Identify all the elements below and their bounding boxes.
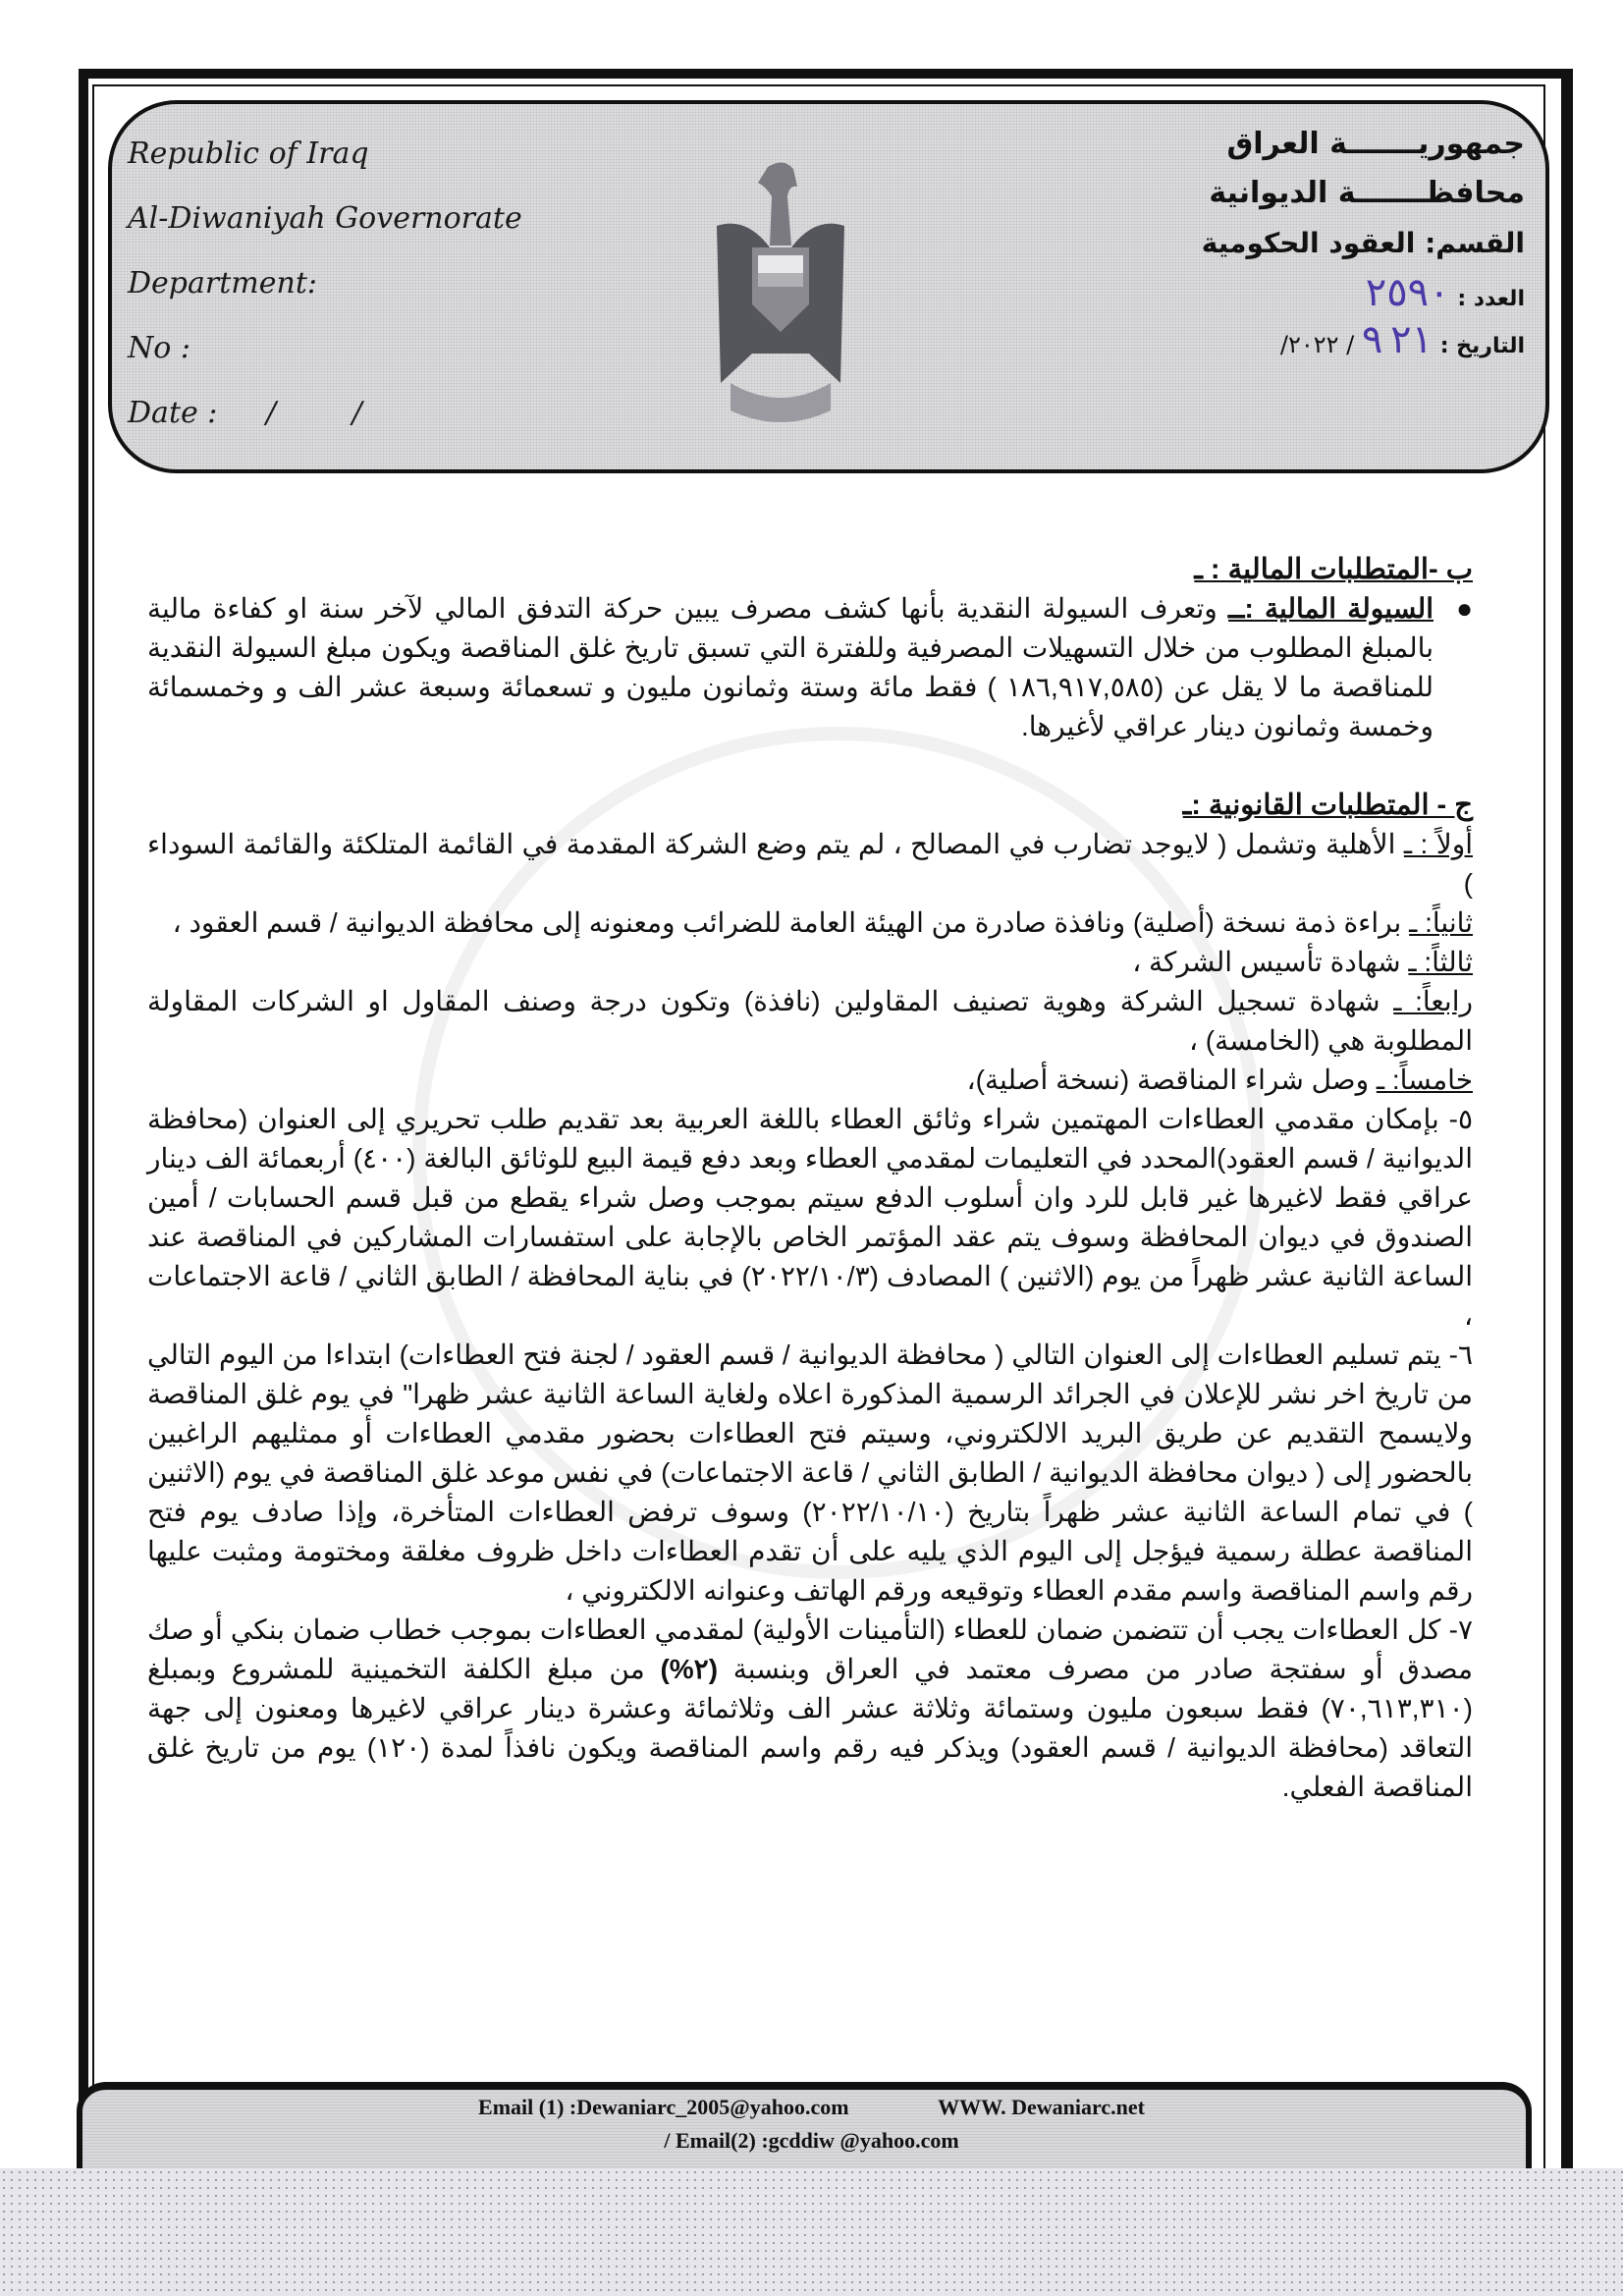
english-date-blank: / /: [266, 396, 396, 430]
english-department-label: Department:: [128, 262, 522, 327]
section-c-item-2: ثانياً: ـ براءة ذمة نسخة (أصلية) ونافذة …: [147, 903, 1473, 943]
spacer: [147, 746, 1473, 786]
arabic-governorate: محافظـــــــة الديوانية: [1202, 169, 1525, 218]
handwritten-date-day: ٢١: [1390, 317, 1433, 362]
paragraph-7-percentage: (٢%): [660, 1654, 718, 1684]
letterhead-english: Republic of Iraq Al-Diwaniyah Governorat…: [128, 133, 522, 457]
letterhead-arabic: جمهوريـــــــة العراق محافظـــــــة الدي…: [1202, 120, 1525, 363]
item-label: ثانياً: ـ: [1409, 907, 1473, 938]
footer-row-2: / Email(2) :gcddiw @yahoo.com: [0, 2128, 1623, 2154]
english-governorate: Al-Diwaniyah Governorate: [128, 197, 522, 262]
arabic-country: جمهوريـــــــة العراق: [1202, 120, 1525, 169]
footer-row-1: Email (1) :Dewaniarc_2005@yahoo.com WWW.…: [0, 2095, 1623, 2120]
bullet-icon: ●: [1456, 589, 1473, 629]
footer-email-2[interactable]: / Email(2) :gcddiw @yahoo.com: [664, 2128, 958, 2153]
iraq-eagle-emblem-icon: [707, 157, 854, 432]
section-c-item-4: رابعاً: ـ شهادة تسجيل الشركة وهوية تصنيف…: [147, 982, 1473, 1061]
handwritten-number: ٢٥٩٠: [1366, 270, 1450, 315]
arabic-number-line: العدد : ٢٥٩٠: [1202, 269, 1525, 316]
section-c-heading: ج - المتطلبات القانونية :ـ: [147, 786, 1473, 825]
item-label: رابعاً: ـ: [1393, 986, 1473, 1016]
footer-website[interactable]: WWW. Dewaniarc.net: [938, 2095, 1145, 2119]
handwritten-date-month: ٩: [1362, 317, 1382, 362]
paragraph-7: ٧- كل العطاءات يجب أن تتضمن ضمان للعطاء …: [147, 1611, 1473, 1807]
section-c-item-3: ثالثاً: ـ شهادة تأسيس الشركة ،: [147, 943, 1473, 982]
document-body: ب -المتطلبات المالية : ـ ● السيولة المال…: [147, 550, 1473, 1807]
scan-overlay-pattern: [0, 2168, 1623, 2296]
arabic-date-line: التاريخ : ٢١ ٩ / ٢٠٢٢/: [1202, 316, 1525, 363]
section-b-heading: ب -المتطلبات المالية : ـ: [147, 550, 1473, 589]
footer-email-1[interactable]: Email (1) :Dewaniarc_2005@yahoo.com: [478, 2095, 849, 2119]
item-label: خامساً: ـ: [1377, 1065, 1473, 1095]
section-c-item-5: خامساً: ـ وصل شراء المناقصة (نسخة أصلية)…: [147, 1061, 1473, 1100]
item-text: براءة ذمة نسخة (أصلية) ونافذة صادرة من ا…: [173, 907, 1410, 938]
paragraph-5: ٥- بإمكان مقدمي العطاءات المهتمين شراء و…: [147, 1100, 1473, 1336]
arabic-number-label: العدد :: [1457, 287, 1525, 311]
english-date-line: Date : / /: [128, 392, 522, 457]
section-b-bullet-label: السيولة المالية :ــ: [1228, 593, 1434, 624]
arabic-date-label: التاريخ :: [1440, 334, 1525, 358]
item-text: وصل شراء المناقصة (نسخة أصلية)،: [967, 1065, 1377, 1095]
paragraph-6: ٦- يتم تسليم العطاءات إلى العنوان التالي…: [147, 1336, 1473, 1611]
item-text: شهادة تأسيس الشركة ،: [1132, 947, 1408, 977]
printed-date-year: / ٢٠٢٢/: [1280, 331, 1354, 358]
english-country: Republic of Iraq: [128, 133, 522, 197]
section-c-item-1: أولاً : ـ الأهلية وتشمل ( لايوجد تضارب ف…: [147, 825, 1473, 903]
item-text: الأهلية وتشمل ( لايوجد تضارب في المصالح …: [147, 829, 1473, 899]
english-number-label: No :: [128, 327, 522, 392]
item-text: شهادة تسجيل الشركة وهوية تصنيف المقاولين…: [147, 986, 1473, 1056]
english-date-label: Date :: [128, 396, 217, 430]
section-b-bullet: ● السيولة المالية :ــ وتعرف السيولة النق…: [147, 589, 1473, 746]
item-label: أولاً : ـ: [1404, 829, 1473, 859]
arabic-department: القسم: العقود الحكومية: [1202, 218, 1525, 269]
item-label: ثالثاً: ـ: [1408, 947, 1473, 977]
footer-contacts: Email (1) :Dewaniarc_2005@yahoo.com WWW.…: [0, 2095, 1623, 2154]
